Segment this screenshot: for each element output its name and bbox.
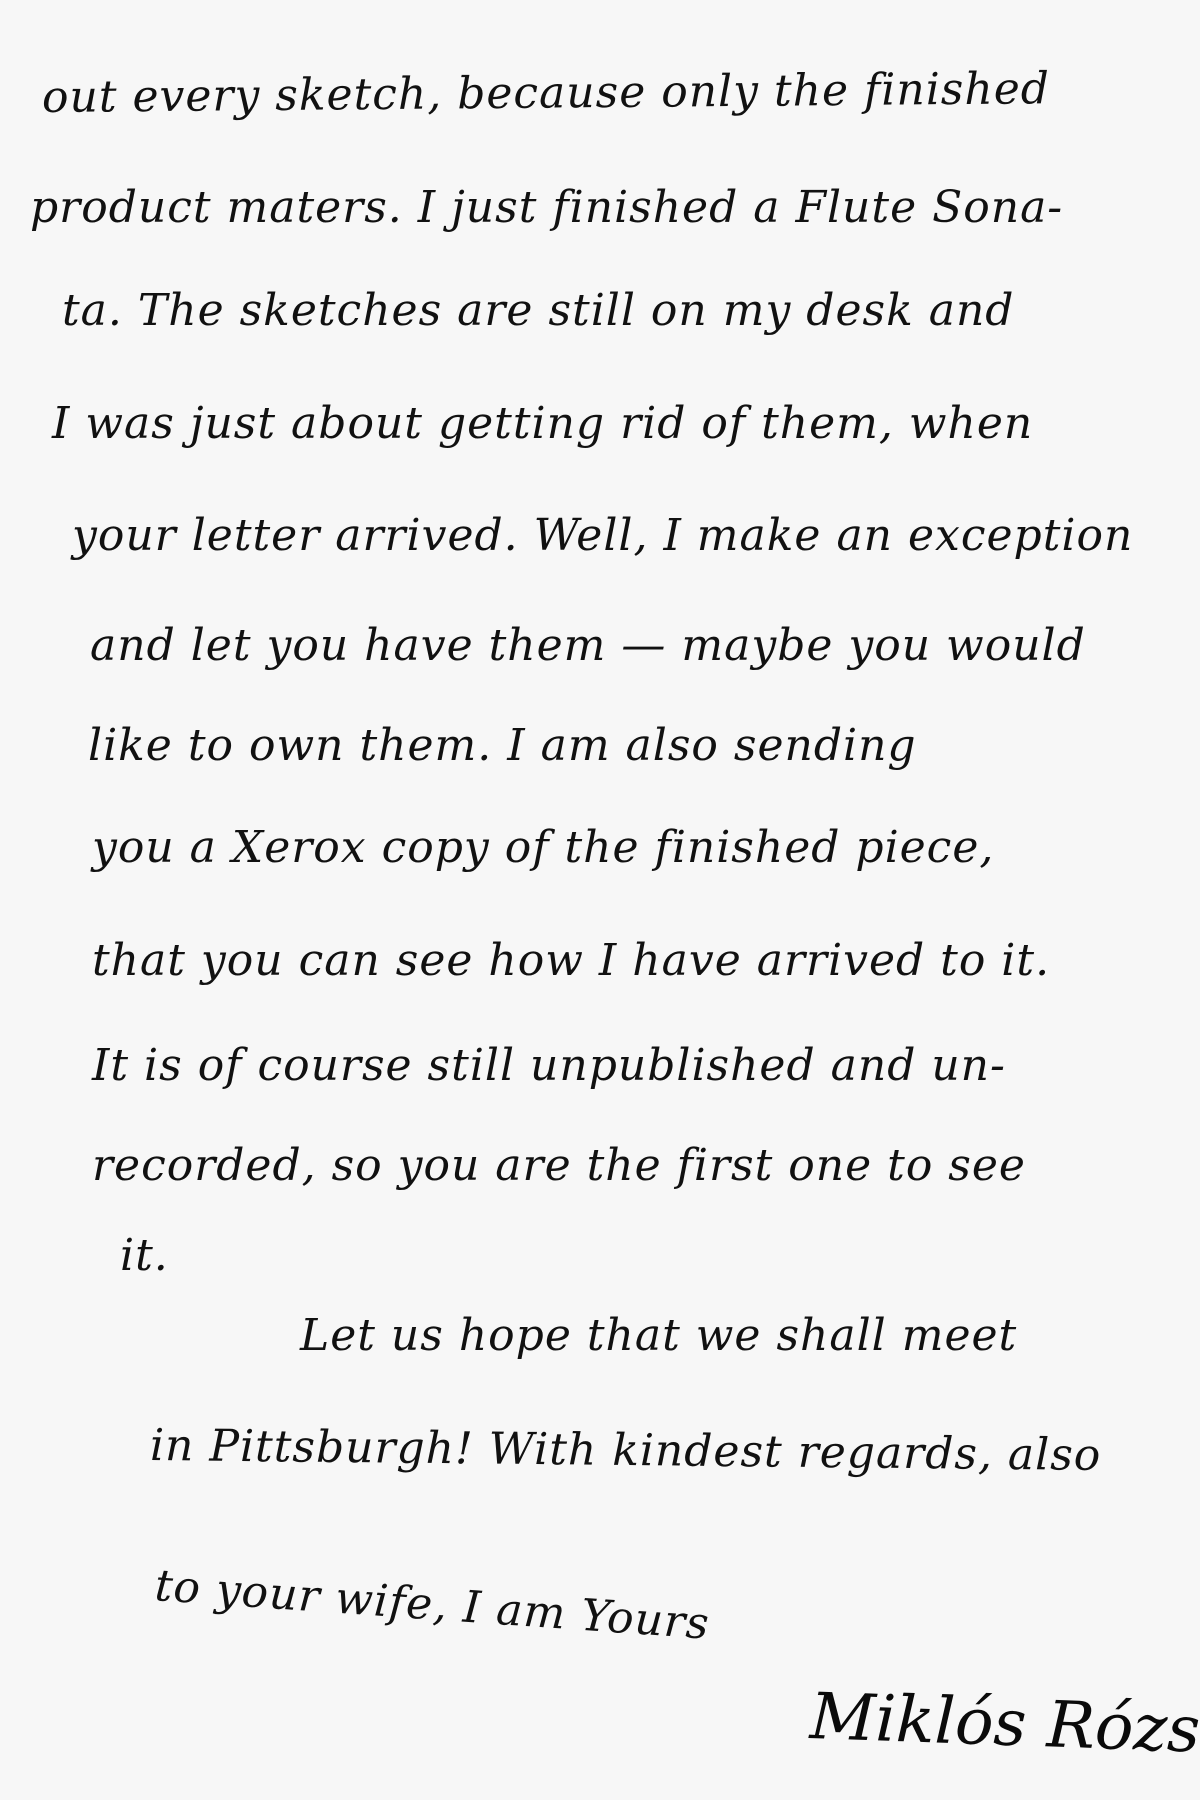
letter-line-4: I was just about getting rid of them, wh… [52,398,1033,449]
letter-line-7: like to own them. I am also sending [88,720,917,771]
letter-line-12: it. [120,1230,169,1281]
letter-page: out every sketch, because only the finis… [0,0,1200,1800]
letter-line-9: that you can see how I have arrived to i… [92,935,1050,986]
letter-line-10: It is of course still unpublished and un… [92,1040,1006,1091]
letter-line-5: your letter arrived. Well, I make an exc… [72,510,1133,561]
letter-line-15: to your wife, I am Yours [153,1560,711,1650]
letter-line-6: and let you have them — maybe you would [90,620,1086,671]
letter-line-8: you a Xerox copy of the finished piece, [92,822,994,873]
signature: Miklós Rózsa [809,1680,1200,1769]
letter-line-13: Let us hope that we shall meet [300,1310,1017,1361]
letter-line-11: recorded, so you are the first one to se… [92,1140,1026,1191]
letter-line-3: ta. The sketches are still on my desk an… [62,285,1014,336]
letter-line-2: product maters. I just finished a Flute … [30,182,1063,233]
letter-line-1: out every sketch, because only the finis… [42,63,1050,123]
letter-line-14: in Pittsburgh! With kindest regards, als… [150,1420,1102,1481]
